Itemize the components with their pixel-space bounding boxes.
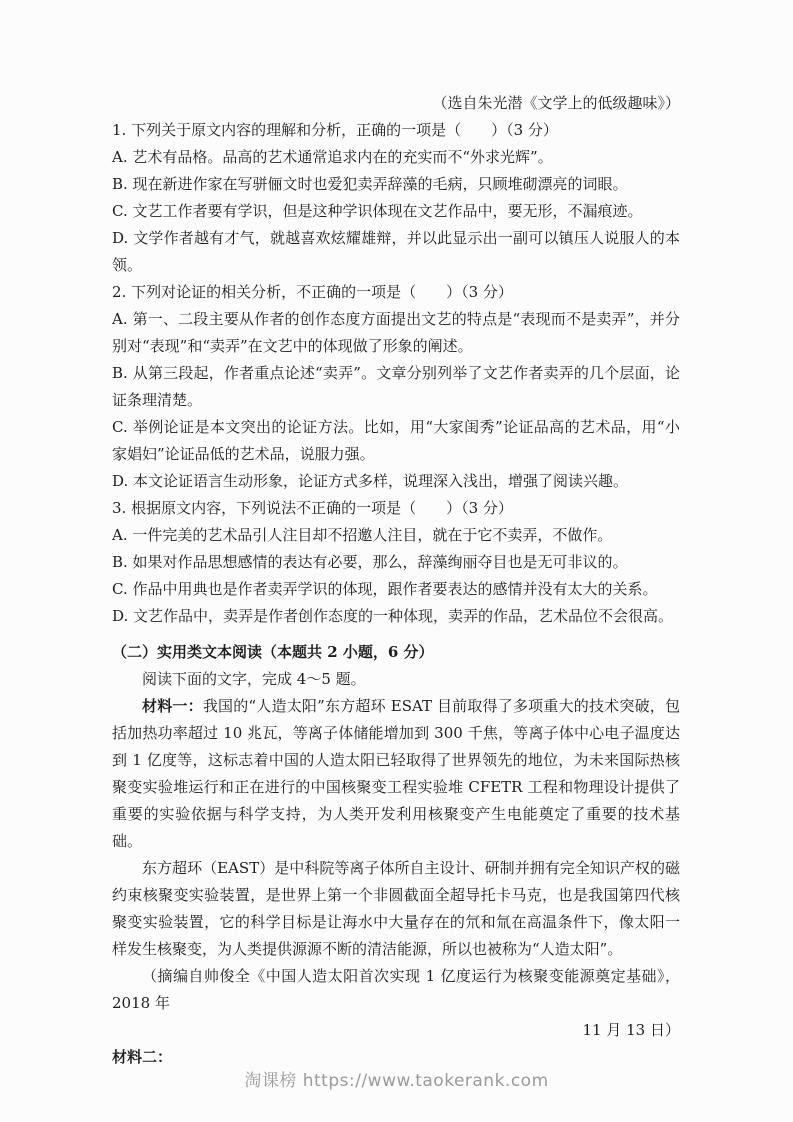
question-3: 3. 根据原文内容，下列说法不正确的一项是（ ）（3 分） A. 一件完美的艺术… bbox=[112, 495, 680, 630]
question-2-option-d: D. 本文论证语言生动形象，论证方式多样，说理深入浅出，增强了阅读兴趣。 bbox=[112, 468, 680, 495]
question-2-stem: 2. 下列对论证的相关分析，不正确的一项是（ ）（3 分） bbox=[112, 279, 680, 306]
exam-document: （选自朱光潜《文学上的低级趣味》） 1. 下列关于原文内容的理解和分析，正确的一… bbox=[112, 90, 680, 1071]
footer-watermark: 淘课榜 https://www.taokerank.com bbox=[0, 1066, 793, 1091]
question-1-option-c: C. 文艺工作者要有学识，但是这种学识体现在文艺作品中，要无形，不漏痕迹。 bbox=[112, 198, 680, 225]
material-1-paragraph-1: 材料一：我国的“人造太阳”东方超环 ESAT 目前取得了多项重大的技术突破，包括… bbox=[112, 693, 680, 855]
question-3-stem: 3. 根据原文内容，下列说法不正确的一项是（ ）（3 分） bbox=[112, 495, 680, 522]
section-2: （二）实用类文本阅读（本题共 2 小题，6 分） 阅读下面的文字，完成 4～5 … bbox=[112, 639, 680, 1071]
material-1-source-date: 11 月 13 日） bbox=[112, 1017, 680, 1044]
question-1: 1. 下列关于原文内容的理解和分析，正确的一项是（ ）（3 分） A. 艺术有品… bbox=[112, 117, 680, 279]
question-2: 2. 下列对论证的相关分析，不正确的一项是（ ）（3 分） A. 第一、二段主要… bbox=[112, 279, 680, 495]
question-1-option-d: D. 文学作者越有才气，就越喜欢炫耀雄辩，并以此显示出一副可以镇压人说服人的本领… bbox=[112, 225, 680, 279]
question-2-option-c: C. 举例论证是本文突出的论证方法。比如，用“大家闺秀”论证品高的艺术品，用“小… bbox=[112, 414, 680, 468]
question-3-option-c: C. 作品中用典也是作者卖弄学识的体现，跟作者要表达的感情并没有太大的关系。 bbox=[112, 576, 680, 603]
reading1-attribution: （选自朱光潜《文学上的低级趣味》） bbox=[112, 90, 680, 117]
watermark-text: 淘课榜 https://www.taokerank.com bbox=[244, 1071, 548, 1091]
material-1-label: 材料一： bbox=[142, 697, 203, 715]
question-3-option-b: B. 如果对作品思想感情的表达有必要，那么，辞藻绚丽夺目也是无可非议的。 bbox=[112, 549, 680, 576]
question-1-option-a: A. 艺术有品格。品高的艺术通常追求内在的充实而不“外求光辉”。 bbox=[112, 144, 680, 171]
question-3-option-a: A. 一件完美的艺术品引人注目却不招邀人注目，就在于它不卖弄，不做作。 bbox=[112, 522, 680, 549]
material-1-paragraph-2: 东方超环（EAST）是中科院等离子体所自主设计、研制并拥有完全知识产权的磁约束核… bbox=[112, 855, 680, 963]
section-2-intro: 阅读下面的文字，完成 4～5 题。 bbox=[112, 666, 680, 693]
question-2-option-b: B. 从第三段起，作者重点论述“卖弄”。文章分别列举了文艺作者卖弄的几个层面，论… bbox=[112, 360, 680, 414]
question-2-option-a: A. 第一、二段主要从作者的创作态度方面提出文艺的特点是“表现而不是卖弄”，并分… bbox=[112, 306, 680, 360]
question-1-option-b: B. 现在新进作家在写骈俪文时也爱犯卖弄辞藻的毛病，只顾堆砌漂亮的词眼。 bbox=[112, 171, 680, 198]
material-1-paragraph-1-text: 我国的“人造太阳”东方超环 ESAT 目前取得了多项重大的技术突破，包括加热功率… bbox=[112, 697, 680, 850]
question-1-stem: 1. 下列关于原文内容的理解和分析，正确的一项是（ ）（3 分） bbox=[112, 117, 680, 144]
material-1-source: （摘编自帅俊全《中国人造太阳首次实现 1 亿度运行为核聚变能源奠定基础》，201… bbox=[112, 963, 680, 1017]
section-2-heading: （二）实用类文本阅读（本题共 2 小题，6 分） bbox=[112, 639, 680, 666]
question-3-option-d: D. 文艺作品中，卖弄是作者创作态度的一种体现，卖弄的作品，艺术品位不会很高。 bbox=[112, 603, 680, 630]
